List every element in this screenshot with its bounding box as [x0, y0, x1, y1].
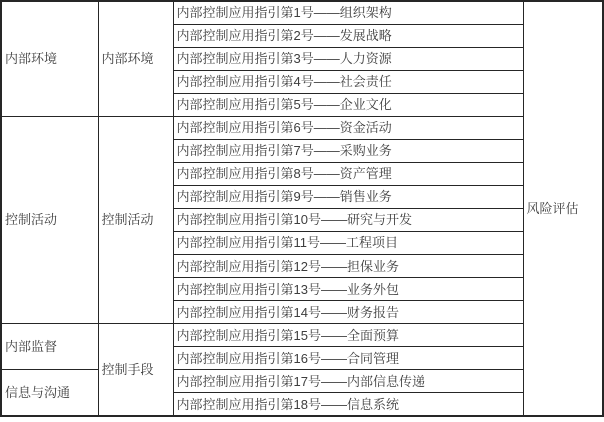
col2-internal-environment: 内部环境: [98, 1, 173, 116]
internal-control-guidelines-page: 内部环境 内部环境 内部控制应用指引第1号——组织架构 风险评估 内部控制应用指…: [0, 0, 604, 422]
col1-internal-environment: 内部环境: [1, 1, 98, 116]
guideline-cell-15: 内部控制应用指引第15号——全面预算: [173, 324, 523, 347]
guideline-cell-3: 内部控制应用指引第3号——人力资源: [173, 47, 523, 70]
col2-control-measures: 控制手段: [98, 324, 173, 416]
guideline-cell-17: 内部控制应用指引第17号——内部信息传递: [173, 370, 523, 393]
guideline-cell-2: 内部控制应用指引第2号——发展战略: [173, 24, 523, 47]
col2-control-activities: 控制活动: [98, 116, 173, 323]
guideline-cell-9: 内部控制应用指引第9号——销售业务: [173, 185, 523, 208]
risk-assessment-cell: 风险评估: [523, 1, 603, 416]
table-row: 内部环境 内部环境 内部控制应用指引第1号——组织架构 风险评估: [1, 1, 603, 24]
guideline-cell-16: 内部控制应用指引第16号——合同管理: [173, 347, 523, 370]
guideline-cell-11: 内部控制应用指引第11号——工程项目: [173, 231, 523, 254]
col1-information-communication: 信息与沟通: [1, 370, 98, 416]
guideline-cell-10: 内部控制应用指引第10号——研究与开发: [173, 208, 523, 231]
guideline-cell-7: 内部控制应用指引第7号——采购业务: [173, 139, 523, 162]
guideline-cell-12: 内部控制应用指引第12号——担保业务: [173, 255, 523, 278]
col1-control-activities: 控制活动: [1, 116, 98, 323]
internal-control-guidelines-table: 内部环境 内部环境 内部控制应用指引第1号——组织架构 风险评估 内部控制应用指…: [0, 0, 604, 417]
guideline-cell-4: 内部控制应用指引第4号——社会责任: [173, 70, 523, 93]
guideline-cell-6: 内部控制应用指引第6号——资金活动: [173, 116, 523, 139]
guideline-cell-14: 内部控制应用指引第14号——财务报告: [173, 301, 523, 324]
guideline-cell-5: 内部控制应用指引第5号——企业文化: [173, 93, 523, 116]
guideline-cell-18: 内部控制应用指引第18号——信息系统: [173, 393, 523, 416]
col1-internal-supervision: 内部监督: [1, 324, 98, 370]
guideline-cell-1: 内部控制应用指引第1号——组织架构: [173, 1, 523, 24]
table-row: 内部监督 控制手段 内部控制应用指引第15号——全面预算: [1, 324, 603, 347]
guideline-cell-13: 内部控制应用指引第13号——业务外包: [173, 278, 523, 301]
table-row: 信息与沟通 内部控制应用指引第17号——内部信息传递: [1, 370, 603, 393]
guideline-cell-8: 内部控制应用指引第8号——资产管理: [173, 162, 523, 185]
table-row: 控制活动 控制活动 内部控制应用指引第6号——资金活动: [1, 116, 603, 139]
